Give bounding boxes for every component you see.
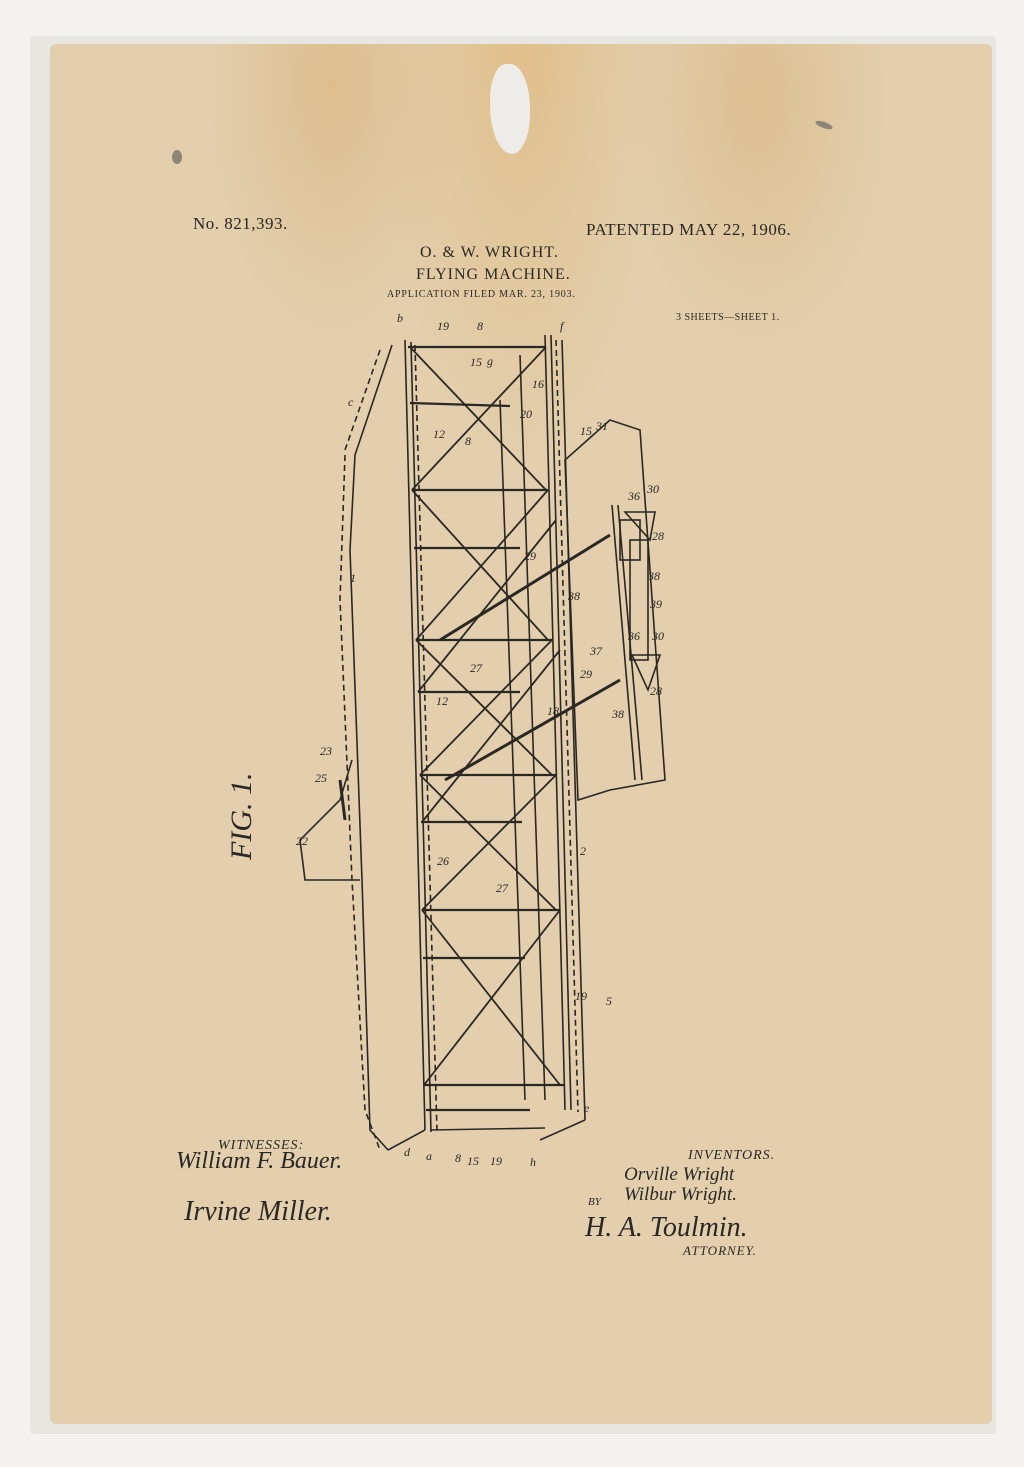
svg-text:36: 36 xyxy=(627,629,640,643)
svg-text:g: g xyxy=(487,354,493,368)
svg-text:12: 12 xyxy=(433,427,445,441)
svg-text:22: 22 xyxy=(296,834,308,848)
svg-text:31: 31 xyxy=(595,419,608,433)
svg-text:26: 26 xyxy=(437,854,449,868)
inventor-name-1: Orville Wright xyxy=(624,1164,734,1186)
svg-text:30: 30 xyxy=(651,629,664,643)
svg-text:20: 20 xyxy=(520,407,532,421)
svg-text:27: 27 xyxy=(496,881,509,895)
inventor-name-2: Wilbur Wright. xyxy=(624,1184,737,1206)
attorney-signature: H. A. Toulmin. xyxy=(585,1212,748,1244)
svg-text:8: 8 xyxy=(465,434,471,448)
svg-text:30: 30 xyxy=(646,482,659,496)
svg-text:38: 38 xyxy=(611,707,624,721)
svg-text:28: 28 xyxy=(652,529,664,543)
svg-text:19: 19 xyxy=(437,319,449,333)
svg-text:29: 29 xyxy=(580,667,592,681)
svg-text:e: e xyxy=(584,1101,590,1115)
attorney-label: ATTORNEY. xyxy=(683,1243,757,1259)
svg-text:28: 28 xyxy=(650,684,662,698)
svg-text:12: 12 xyxy=(436,694,448,708)
svg-text:5: 5 xyxy=(606,994,612,1008)
svg-text:29: 29 xyxy=(524,549,536,563)
svg-text:18: 18 xyxy=(547,704,559,718)
svg-text:8: 8 xyxy=(477,319,483,333)
witness-signature-1: William F. Bauer. xyxy=(176,1148,342,1175)
svg-text:19: 19 xyxy=(490,1154,502,1168)
svg-text:15: 15 xyxy=(467,1154,479,1168)
svg-text:23: 23 xyxy=(320,744,332,758)
svg-text:27: 27 xyxy=(470,661,483,675)
svg-text:16: 16 xyxy=(532,377,544,391)
svg-text:h: h xyxy=(530,1155,536,1169)
svg-text:1: 1 xyxy=(350,571,356,585)
flying-machine-drawing: b198 f15g 1620c 12815 313630 283839 3036… xyxy=(0,0,1024,1467)
svg-text:37: 37 xyxy=(589,644,603,658)
svg-text:15: 15 xyxy=(580,424,592,438)
svg-text:d: d xyxy=(404,1145,411,1159)
svg-text:15: 15 xyxy=(470,355,482,369)
by-label: BY xyxy=(588,1196,601,1208)
svg-text:2: 2 xyxy=(580,844,586,858)
svg-text:b: b xyxy=(397,311,403,325)
svg-text:38: 38 xyxy=(647,569,660,583)
svg-text:38: 38 xyxy=(567,589,580,603)
svg-text:25: 25 xyxy=(315,771,327,785)
svg-text:a: a xyxy=(426,1149,432,1163)
witness-signature-2: Irvine Miller. xyxy=(184,1196,332,1228)
svg-text:f: f xyxy=(560,319,565,333)
svg-text:c: c xyxy=(348,395,354,409)
svg-text:8: 8 xyxy=(455,1151,461,1165)
figure-label: FIG. 1. xyxy=(225,773,259,860)
svg-text:36: 36 xyxy=(627,489,640,503)
svg-text:19: 19 xyxy=(575,989,587,1003)
svg-text:39: 39 xyxy=(649,597,662,611)
inventors-label: INVENTORS. xyxy=(688,1148,775,1164)
